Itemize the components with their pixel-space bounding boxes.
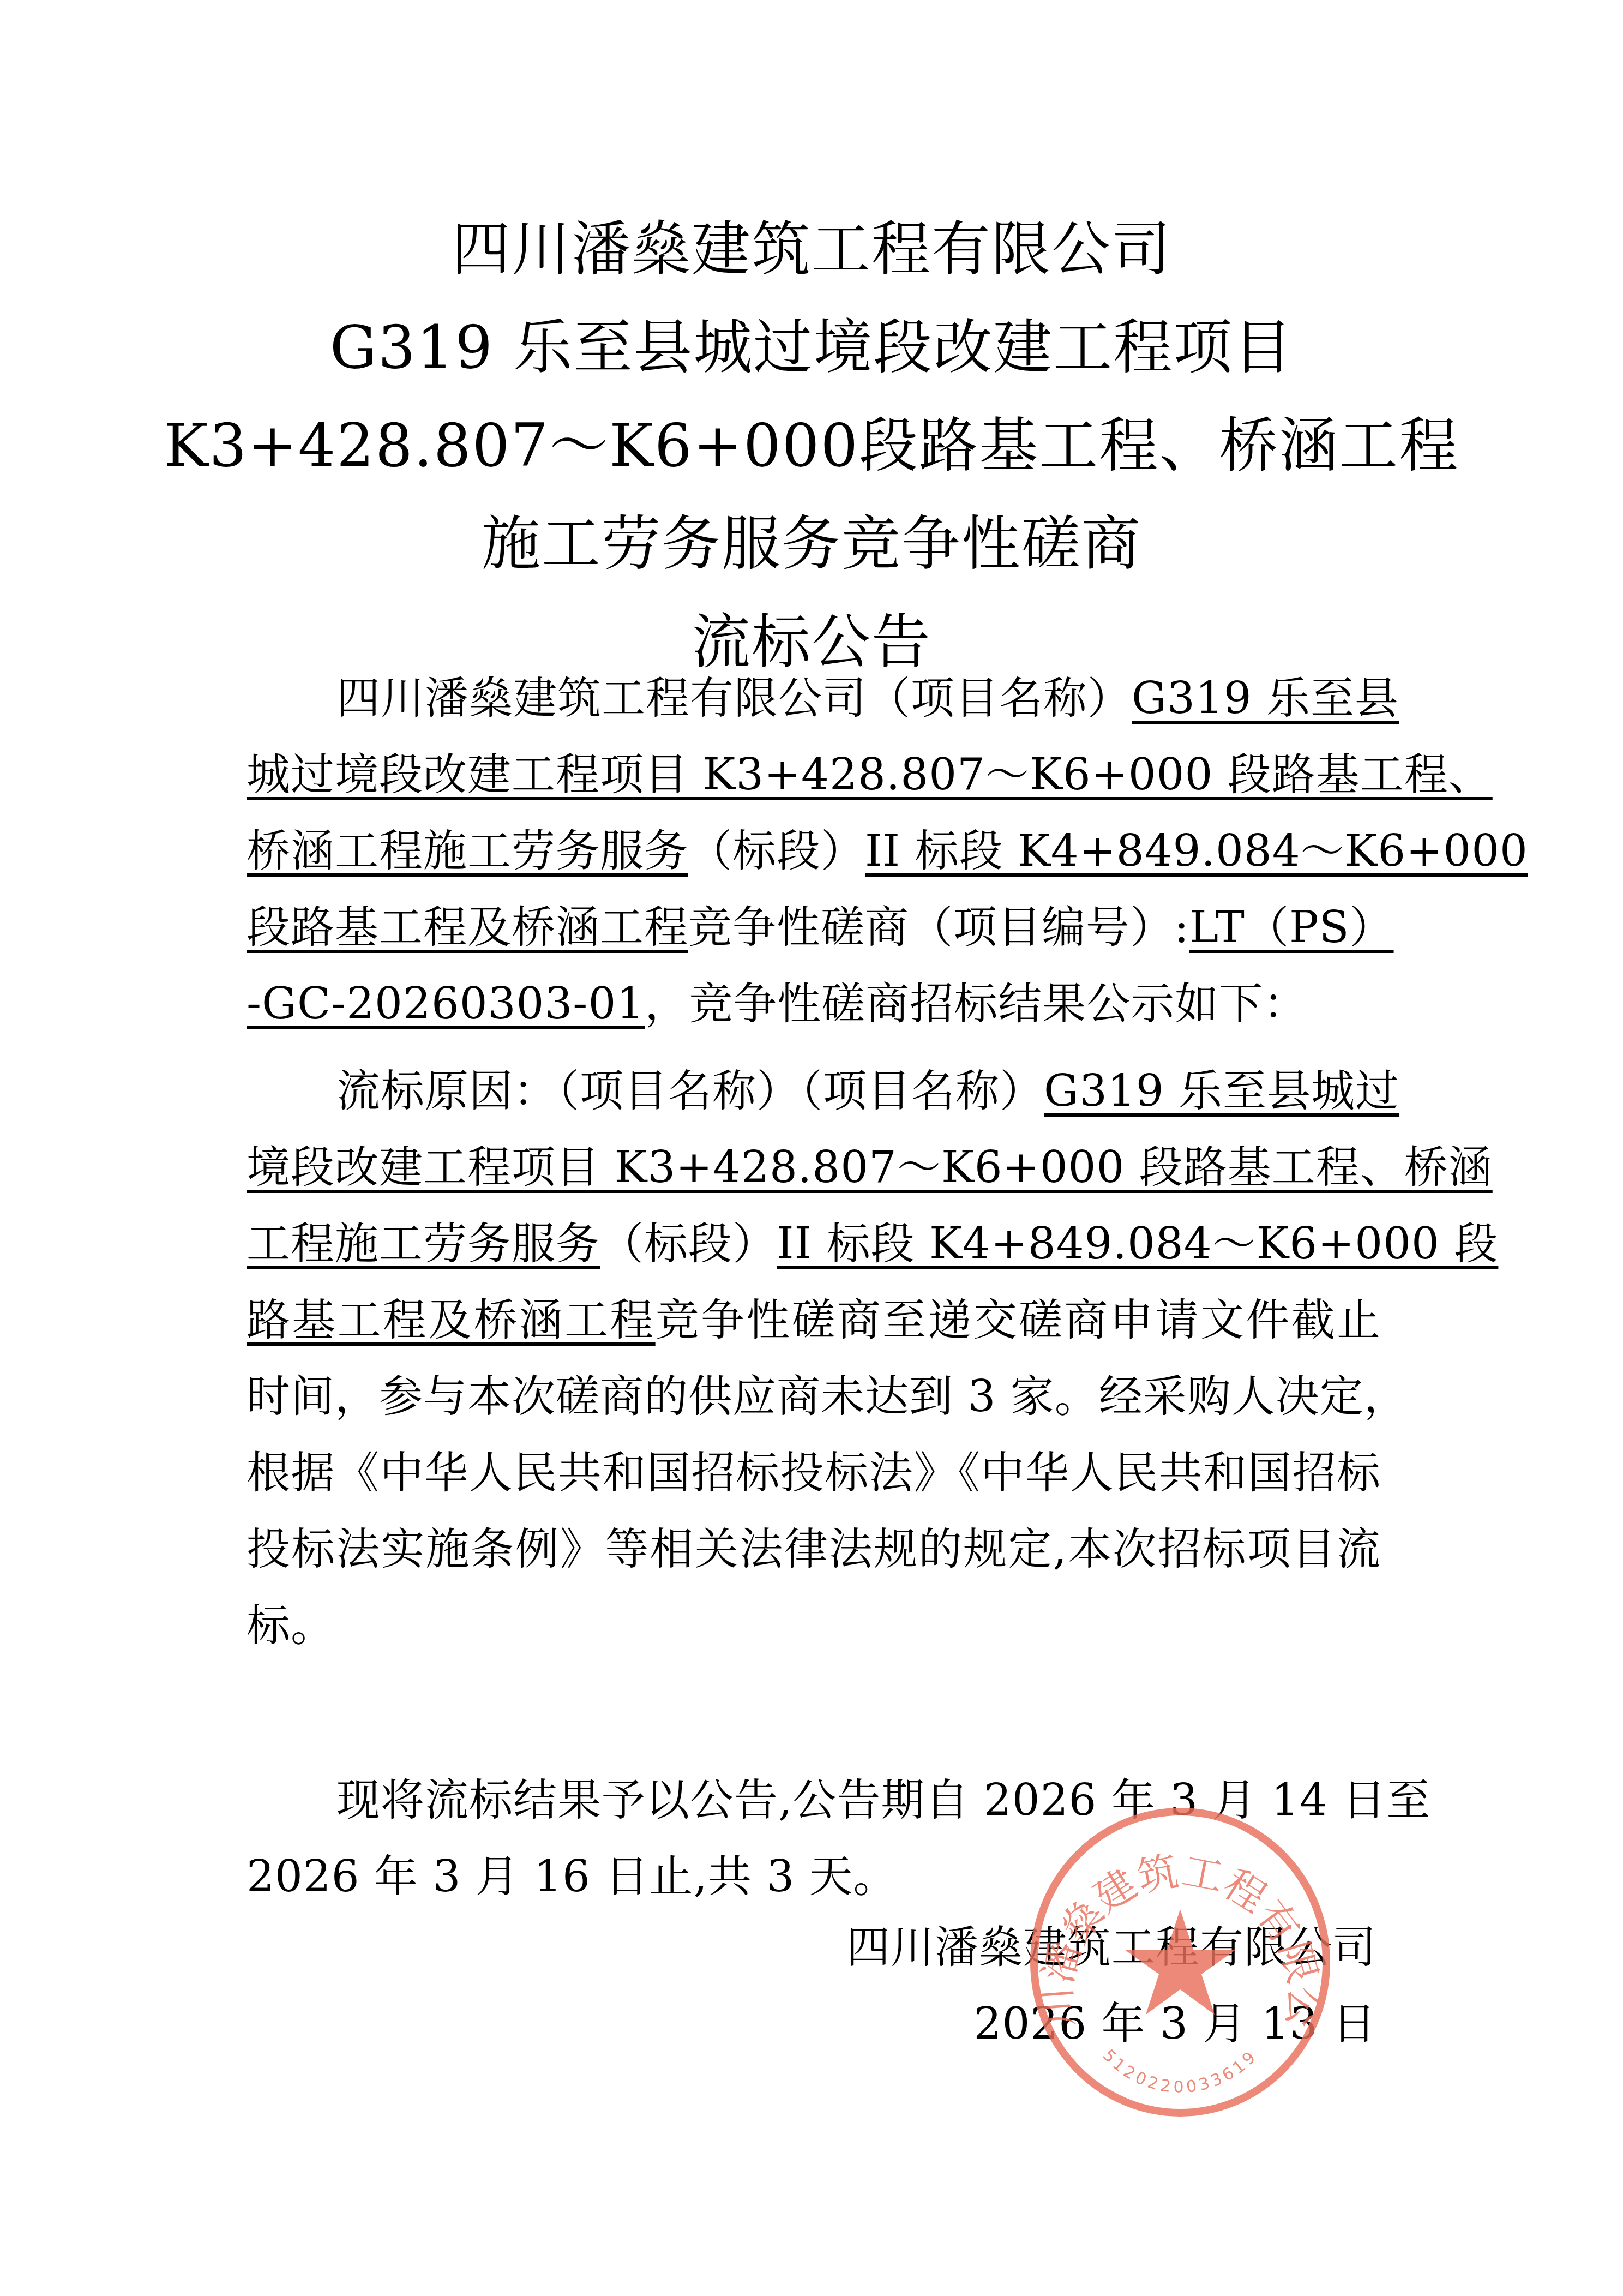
underlined-field-text: -GC-20260303-01 (247, 978, 645, 1029)
text-line: 境段改建工程项目 K3+428.807～K6+000 段路基工程、桥涵 (247, 1129, 1381, 1206)
text-line: 城过境段改建工程项目 K3+428.807～K6+000 段路基工程、 (247, 736, 1381, 813)
text-line: 时间，参与本次磋商的供应商未达到 3 家。经采购人决定， (247, 1358, 1381, 1435)
body-text: 根据《中华人民共和国招标投标法》《中华人民共和国招标 (247, 1447, 1381, 1498)
underlined-field-text: II 标段 K4+849.084～K6+000 段 (777, 1218, 1498, 1269)
underlined-field-text: 桥涵工程施工劳务服务 (247, 825, 688, 876)
text-line: 投标法实施条例》等相关法律法规的规定,本次招标项目流 (247, 1511, 1381, 1587)
text-line: 桥涵工程施工劳务服务（标段）II 标段 K4+849.084～K6+000 (247, 813, 1381, 889)
text-line: 工程施工劳务服务（标段）II 标段 K4+849.084～K6+000 段 (247, 1206, 1381, 1282)
text-line: 四川潘燊建筑工程有限公司（项目名称）G319 乐至县 (247, 660, 1381, 736)
body-text: 竞争性磋商至递交磋商申请文件截止 (656, 1294, 1381, 1345)
body-text: 标。 (247, 1600, 335, 1651)
underlined-field-text: 城过境段改建工程项目 K3+428.807～K6+000 段路基工程、 (247, 749, 1493, 800)
document-title: 四川潘燊建筑工程有限公司 G319 乐至县城过境段改建工程项目 K3+428.8… (0, 201, 1623, 692)
text-line: 现将流标结果予以公告,公告期自 2026 年 3 月 14 日至 (247, 1762, 1381, 1838)
signature-company: 四川潘燊建筑工程有限公司 (846, 1909, 1376, 1986)
underlined-field-text: LT（PS） (1189, 902, 1394, 952)
title-line-project: G319 乐至县城过境段改建工程项目 (0, 299, 1623, 397)
title-line-section: K3+428.807～K6+000段路基工程、桥涵工程 (0, 397, 1623, 495)
paragraph-announcement-period: 现将流标结果予以公告,公告期自 2026 年 3 月 14 日至2026 年 3… (247, 1762, 1381, 1915)
underlined-field-text: 段路基工程及桥涵工程 (247, 902, 688, 952)
underlined-field-text: 路基工程及桥涵工程 (247, 1294, 656, 1345)
title-line-service: 施工劳务服务竞争性磋商 (0, 495, 1623, 594)
underlined-field-text: II 标段 K4+849.084～K6+000 (865, 825, 1528, 876)
body-text: 竞争性磋商（项目编号）: (688, 902, 1189, 952)
text-line: 根据《中华人民共和国招标投标法》《中华人民共和国招标 (247, 1435, 1381, 1511)
signature-block: 四川潘燊建筑工程有限公司 2026 年 3 月 13 日 (846, 1909, 1376, 2062)
body-text: 投标法实施条例》等相关法律法规的规定,本次招标项目流 (247, 1524, 1381, 1574)
body-text: ，竞争性磋商招标结果公示如下： (645, 978, 1307, 1029)
text-line: 标。 (247, 1587, 1381, 1664)
text-line: 流标原因：（项目名称）（项目名称）G319 乐至县城过 (247, 1053, 1381, 1129)
underlined-field-text: G319 乐至县城过 (1044, 1065, 1399, 1116)
document-page: 四川潘燊建筑工程有限公司 G319 乐至县城过境段改建工程项目 K3+428.8… (0, 0, 1623, 2296)
title-line-company: 四川潘燊建筑工程有限公司 (0, 201, 1623, 299)
body-text: 四川潘燊建筑工程有限公司（项目名称） (336, 673, 1132, 723)
body-text: （标段） (600, 1218, 777, 1269)
signature-date: 2026 年 3 月 13 日 (846, 1986, 1376, 2062)
paragraph-intro: 四川潘燊建筑工程有限公司（项目名称）G319 乐至县城过境段改建工程项目 K3+… (247, 660, 1381, 1042)
body-text: 现将流标结果予以公告,公告期自 2026 年 3 月 14 日至 (336, 1775, 1430, 1825)
body-text: （标段） (688, 825, 865, 876)
underlined-field-text: 境段改建工程项目 K3+428.807～K6+000 段路基工程、桥涵 (247, 1142, 1493, 1192)
underlined-field-text: 工程施工劳务服务 (247, 1218, 600, 1269)
body-text: 时间，参与本次磋商的供应商未达到 3 家。经采购人决定， (247, 1371, 1408, 1422)
text-line: -GC-20260303-01，竞争性磋商招标结果公示如下： (247, 966, 1381, 1042)
underlined-field-text: G319 乐至县 (1132, 673, 1399, 723)
text-line: 2026 年 3 月 16 日止,共 3 天。 (247, 1838, 1381, 1915)
body-text: 2026 年 3 月 16 日止,共 3 天。 (247, 1851, 898, 1902)
text-line: 路基工程及桥涵工程竞争性磋商至递交磋商申请文件截止 (247, 1282, 1381, 1358)
paragraph-reason: 流标原因：（项目名称）（项目名称）G319 乐至县城过境段改建工程项目 K3+4… (247, 1053, 1381, 1664)
text-line: 段路基工程及桥涵工程竞争性磋商（项目编号）:LT（PS） (247, 889, 1381, 966)
body-text: 流标原因：（项目名称）（项目名称） (336, 1065, 1044, 1116)
